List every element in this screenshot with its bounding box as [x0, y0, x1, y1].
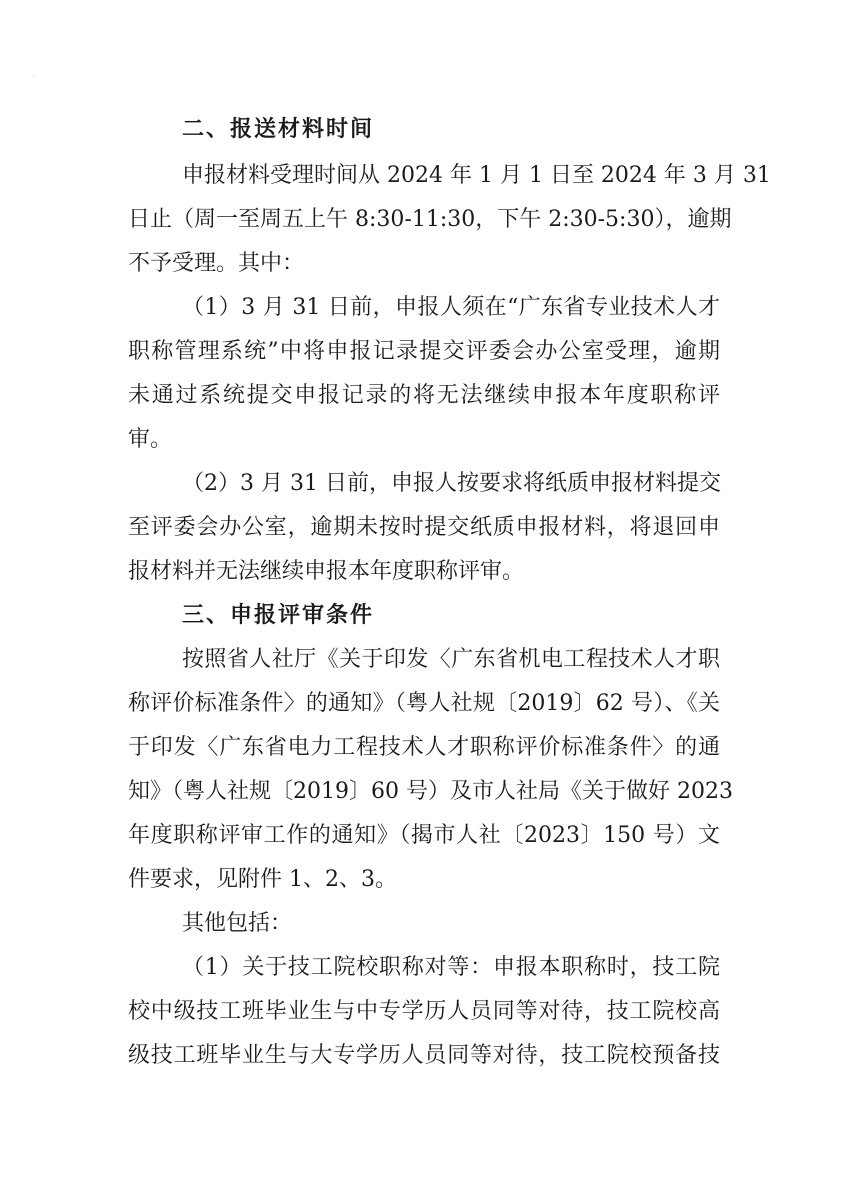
paragraph-line: 日止（周一至周五上午 8:30-11:30，下午 2:30-5:30），逾期 — [128, 198, 720, 242]
paragraph-line: 未通过系统提交申报记录的将无法继续申报本年度职称评 — [128, 374, 720, 418]
scan-speck — [33, 75, 35, 77]
paragraph-line: （2）3 月 31 日前，申报人按要求将纸质申报材料提交 — [182, 462, 720, 506]
paragraph-line: 于印发〈广东省电力工程技术人才职称评价标准条件〉的通 — [128, 726, 720, 770]
paragraph-line: 件要求，见附件 1、2、3。 — [128, 858, 720, 902]
paragraph-line: 按照省人社厅《关于印发〈广东省机电工程技术人才职 — [182, 638, 720, 682]
paragraph-line: （1）关于技工院校职称对等：申报本职称时，技工院 — [182, 946, 720, 990]
paragraph-line: 报材料并无法继续申报本年度职称评审。 — [128, 550, 720, 594]
section-heading-submission-time: 二、报送材料时间 — [182, 108, 720, 152]
paragraph-line: 其他包括： — [182, 902, 720, 946]
paragraph-line: 至评委会办公室，逾期未按时提交纸质申报材料，将退回申 — [128, 506, 720, 550]
paragraph-line: 职称管理系统”中将申报记录提交评委会办公室受理，逾期 — [128, 330, 720, 374]
paragraph-line: 审。 — [128, 418, 720, 462]
section-heading-review-conditions: 三、申报评审条件 — [182, 594, 720, 638]
paragraph-line: 称评价标准条件〉的通知》（粤人社规〔2019〕62 号）、《关 — [128, 682, 720, 726]
paragraph-line: 校中级技工班毕业生与中专学历人员同等对待，技工院校高 — [128, 990, 720, 1034]
paragraph-line: 年度职称评审工作的通知》（揭市人社〔2023〕150 号）文 — [128, 814, 720, 858]
document-page: 二、报送材料时间 申报材料受理时间从 2024 年 1 月 1 日至 2024 … — [0, 0, 848, 1200]
paragraph-line: 级技工班毕业生与大专学历人员同等对待，技工院校预备技 — [128, 1034, 720, 1078]
paragraph-line: 申报材料受理时间从 2024 年 1 月 1 日至 2024 年 3 月 31 — [182, 154, 720, 198]
paragraph-line: 知》（粤人社规〔2019〕60 号）及市人社局《关于做好 2023 — [128, 770, 720, 814]
paragraph-line: 不予受理。其中： — [128, 242, 720, 286]
paragraph-line: （1）3 月 31 日前，申报人须在“广东省专业技术人才 — [182, 286, 720, 330]
